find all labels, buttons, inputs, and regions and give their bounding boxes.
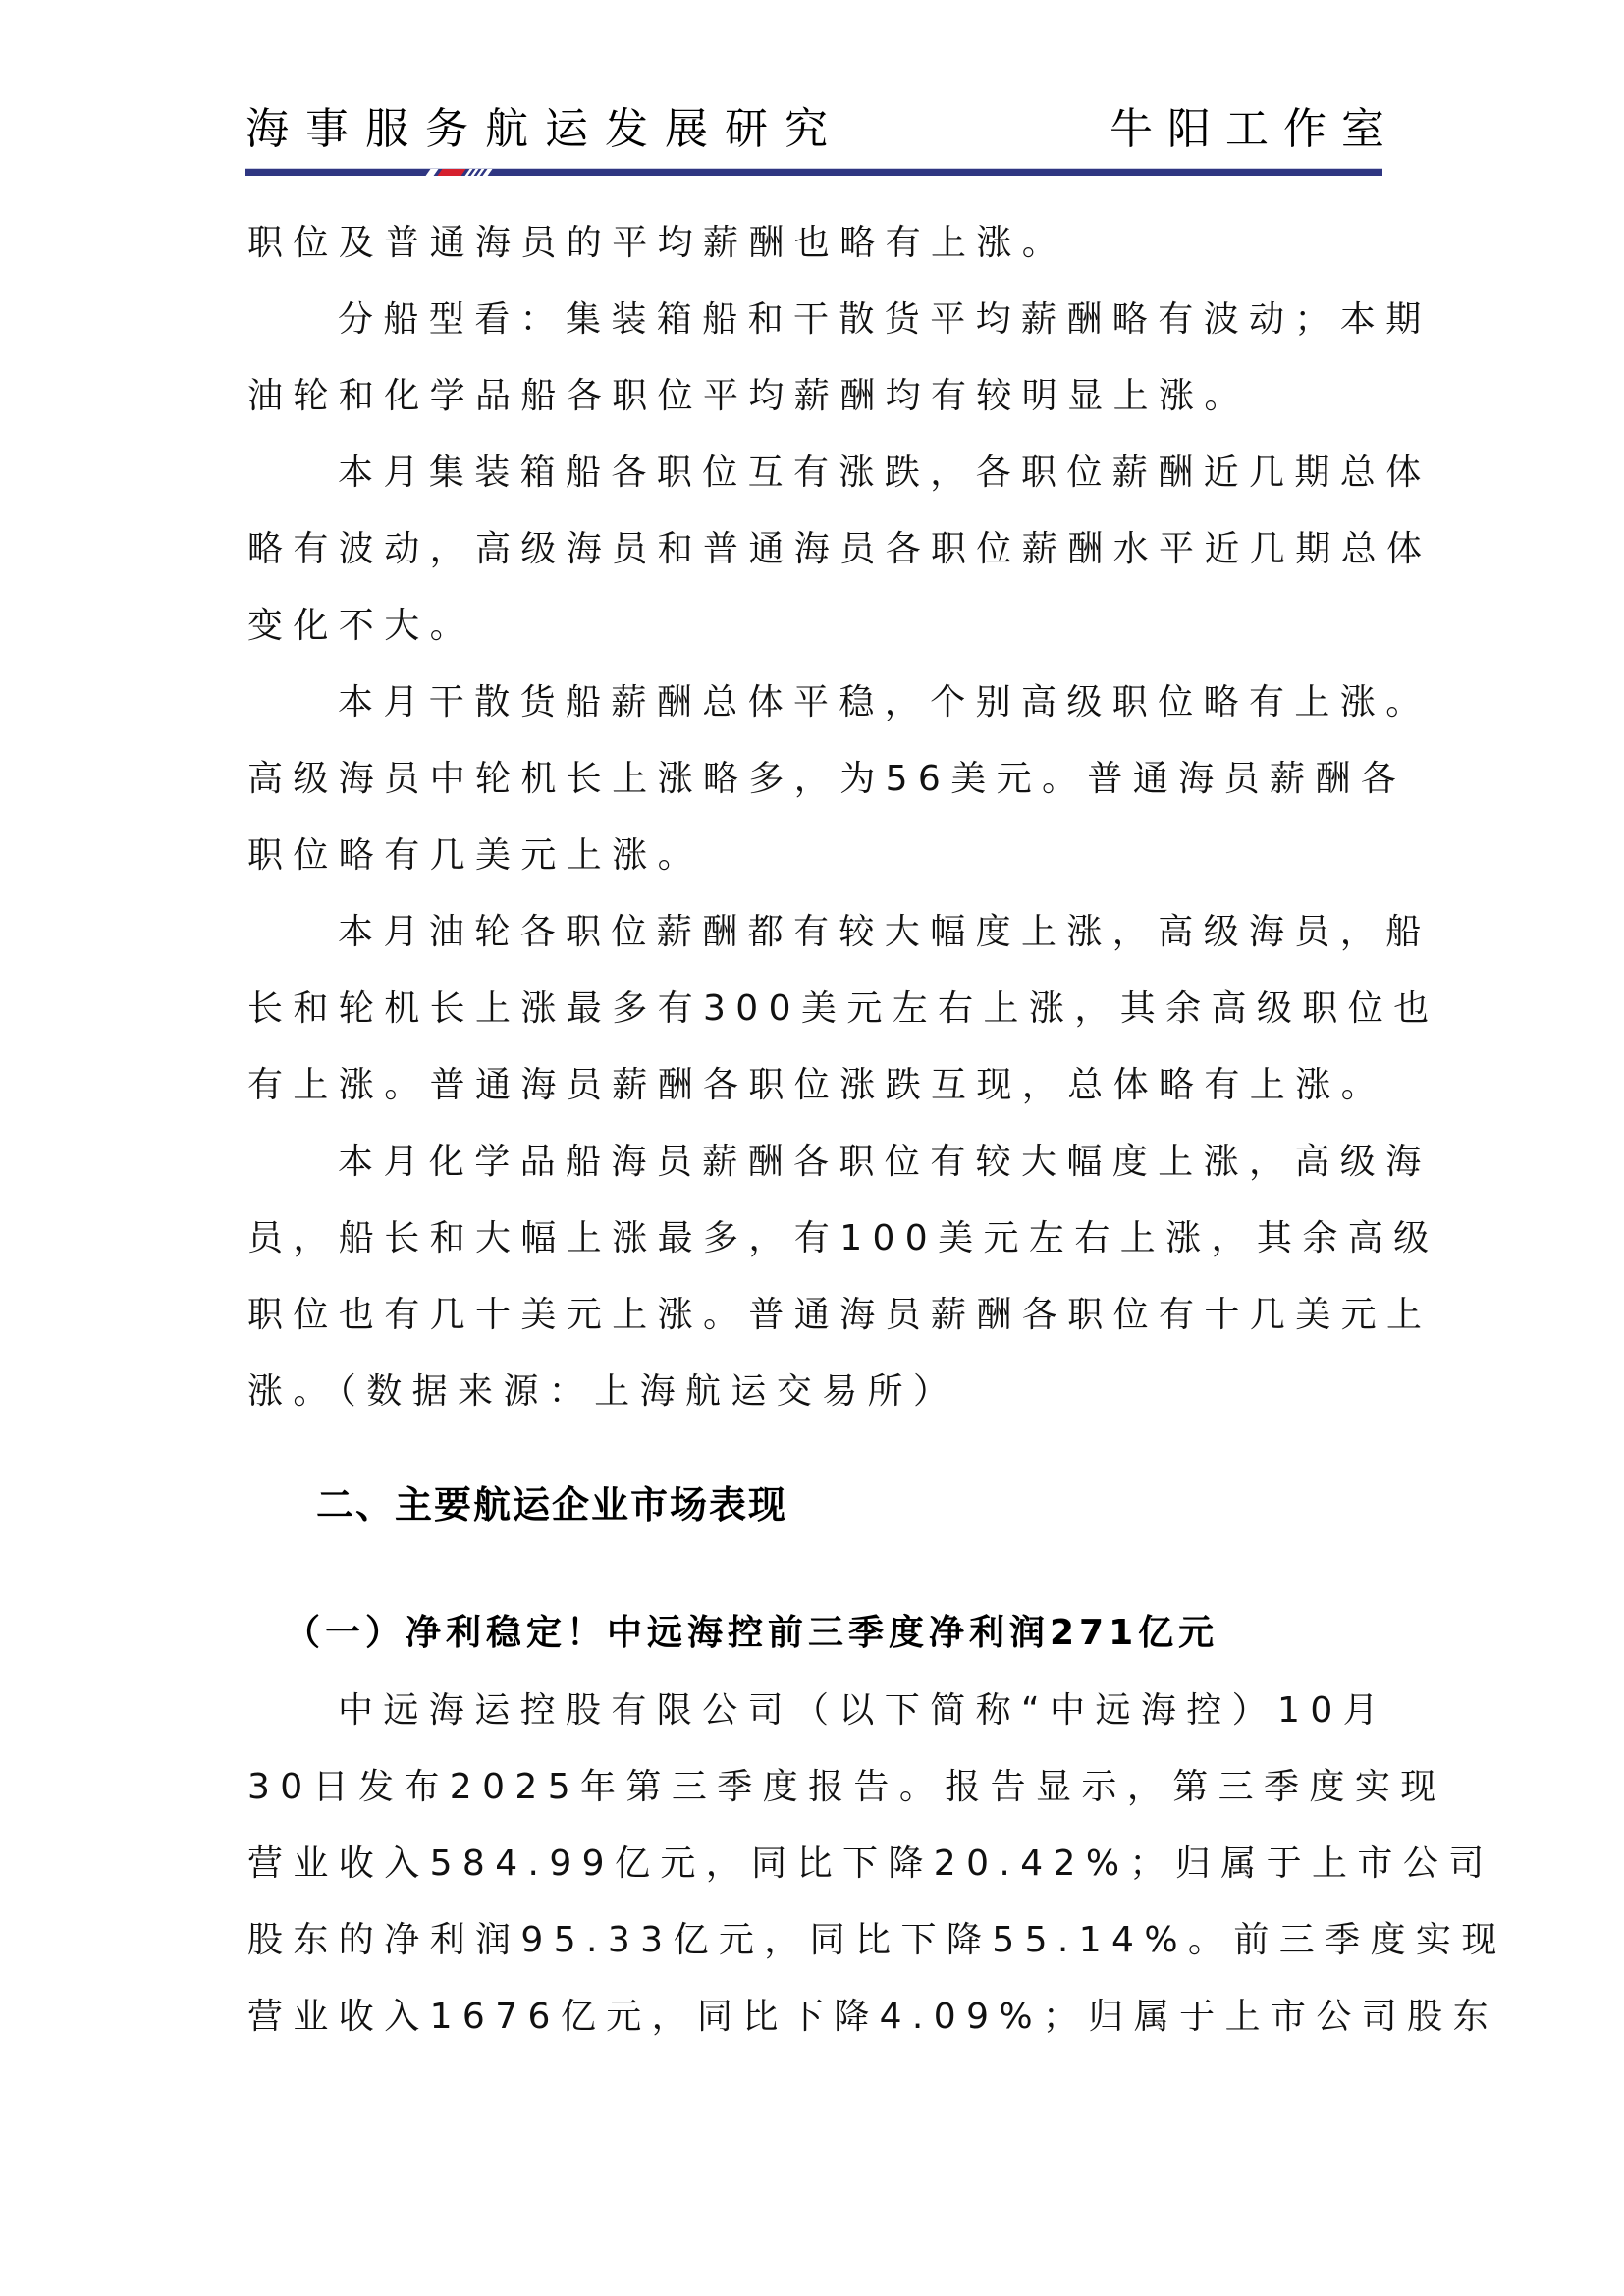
text-line: 分船型看：集装箱船和干散货平均薪酬略有波动；本期 [247,293,1377,369]
text-line: 30日发布2025年第三季度报告。报告显示，第三季度实现 [247,1760,1377,1837]
header-divider-bar [245,168,1382,176]
text-line: 高级海员中轮机长上涨略多，为56美元。普通海员薪酬各 [247,752,1377,828]
text-line: 本月干散货船薪酬总体平稳，个别高级职位略有上涨。 [247,675,1377,752]
text-line: 变化不大。 [247,599,1377,675]
text-line: 中远海运控股有限公司（以下简称“中远海控）10月 [247,1683,1377,1760]
text-line: 略有波动，高级海员和普通海员各职位薪酬水平近几期总体 [247,522,1377,599]
text-line: 职位略有几美元上涨。 [247,828,1377,905]
text-line: 本月油轮各职位薪酬都有较大幅度上涨，高级海员，船 [247,905,1377,982]
bar-red-accent [438,169,466,176]
text-line: 本月集装箱船各职位互有涨跌，各职位薪酬近几期总体 [247,446,1377,522]
text-line: 营业收入1676亿元，同比下降4.09%；归属于上市公司股东 [247,1990,1377,2066]
text-line: 长和轮机长上涨最多有300美元左右上涨，其余高级职位也 [247,982,1377,1058]
text-line: 员，船长和大幅上涨最多，有100美元左右上涨，其余高级 [247,1211,1377,1288]
paragraph-tankers: 本月油轮各职位薪酬都有较大幅度上涨，高级海员，船 长和轮机长上涨最多有300美元… [247,905,1377,1135]
text-line: 职位及普通海员的平均薪酬也略有上涨。 [247,216,1377,293]
text-line: 有上涨。普通海员薪酬各职位涨跌互现，总体略有上涨。 [247,1058,1377,1135]
text-line: 营业收入584.99亿元，同比下降20.42%；归属于上市公司 [247,1837,1377,1913]
header-title: 海事服务航运发展研究 [245,102,844,157]
paragraph-continuation: 职位及普通海员的平均薪酬也略有上涨。 [247,216,1377,293]
header-studio-name: 牛阳工作室 [1110,102,1399,157]
paragraph-container-ships: 本月集装箱船各职位互有涨跌，各职位薪酬近几期总体 略有波动，高级海员和普通海员各… [247,446,1377,675]
text-line: 股东的净利润95.33亿元，同比下降55.14%。前三季度实现 [247,1913,1377,1990]
bar-white-slash [426,169,439,176]
body-text: 职位及普通海员的平均薪酬也略有上涨。 分船型看：集装箱船和干散货平均薪酬略有波动… [247,216,1377,1441]
bar-white-stripe-4 [483,169,493,176]
page-header: 海事服务航运发展研究 牛阳工作室 [245,102,1384,161]
paragraph-by-ship-type: 分船型看：集装箱船和干散货平均薪酬略有波动；本期 油轮和化学品船各职位平均薪酬均… [247,293,1377,446]
text-line: 油轮和化学品船各职位平均薪酬均有较明显上涨。 [247,369,1377,446]
text-line: 涨。（数据来源：上海航运交易所） [247,1364,1377,1441]
paragraph-chemical-tankers: 本月化学品船海员薪酬各职位有较大幅度上涨，高级海 员，船长和大幅上涨最多，有10… [247,1135,1377,1441]
sub-heading: （一）净利稳定！中远海控前三季度净利润271亿元 [285,1606,1218,1661]
text-line: 职位也有几十美元上涨。普通海员薪酬各职位有十几美元上 [247,1288,1377,1364]
paragraph-dry-bulk: 本月干散货船薪酬总体平稳，个别高级职位略有上涨。 高级海员中轮机长上涨略多，为5… [247,675,1377,905]
text-line: 本月化学品船海员薪酬各职位有较大幅度上涨，高级海 [247,1135,1377,1211]
section-heading: 二、主要航运企业市场表现 [316,1477,787,1532]
paragraph-cosco-report: 中远海运控股有限公司（以下简称“中远海控）10月 30日发布2025年第三季度报… [247,1683,1377,2066]
